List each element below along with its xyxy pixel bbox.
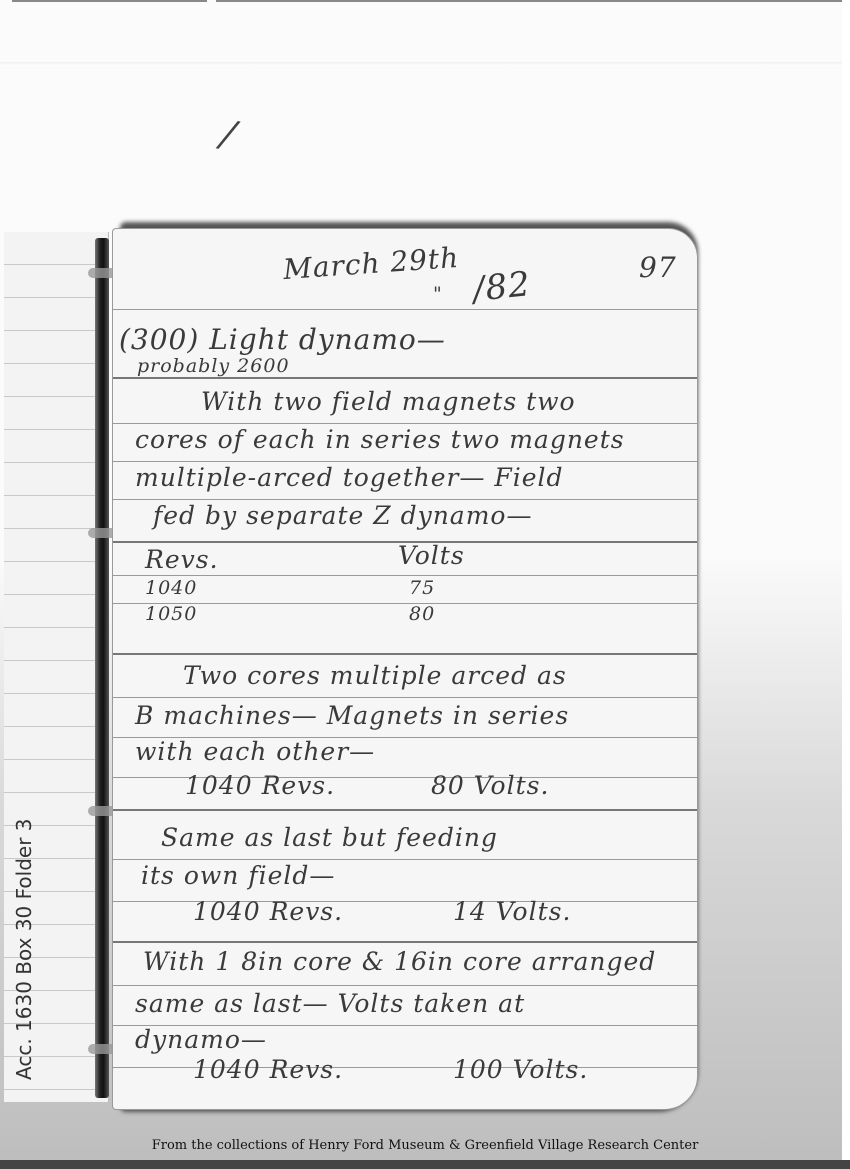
entry-text-line: Same as last but feeding [161, 823, 498, 852]
entry-text-line: multiple-arced together— Field [135, 463, 564, 492]
reading-revs: 1040 Revs. [193, 1055, 343, 1084]
date: March 29th [282, 241, 460, 286]
notebook-page: March 29th " /82 97 (300) Light dynamo— … [112, 228, 698, 1110]
archive-label: Acc. 1630 Box 30 Folder 3 [12, 818, 36, 1080]
notebook-binding [95, 238, 109, 1098]
entry-heading: (300) Light dynamo— [119, 323, 446, 356]
table-header-revs: Revs. [145, 545, 219, 574]
table-header-volts: Volts [398, 541, 465, 570]
entry-text-line: B machines— Magnets in series [135, 701, 569, 730]
scan-top-edge [12, 0, 207, 2]
entry-text-line: fed by separate Z dynamo— [153, 501, 532, 530]
entry-text-line: same as last— Volts taken at [135, 989, 525, 1018]
entry-text-line: With two field magnets two [201, 387, 576, 416]
scan-band [0, 62, 850, 66]
collection-credit: From the collections of Henry Ford Museu… [0, 1138, 850, 1153]
reading-revs: 1040 Revs. [185, 771, 335, 800]
scan-top-edge [216, 0, 850, 2]
entry-text-line: With 1 8in core & 16in core arranged [143, 947, 656, 976]
stray-pencil-mark: / [218, 111, 240, 157]
entry-heading-note: probably 2600 [137, 355, 290, 377]
table-cell-volts: 80 [409, 603, 435, 625]
table-cell-volts: 75 [409, 577, 435, 599]
reading-volts: 80 Volts. [431, 771, 549, 800]
entry-text-line: Two cores multiple arced as [183, 661, 567, 690]
date-ditto: " [433, 283, 443, 305]
scan-bottom-edge [0, 1160, 850, 1169]
entry-text-line: with each other— [135, 737, 375, 766]
entry-text-line: dynamo— [135, 1025, 267, 1054]
table-cell-revs: 1050 [145, 603, 197, 625]
entry-text-line: cores of each in series two magnets [135, 425, 625, 454]
reading-volts: 14 Volts. [453, 897, 571, 926]
page-number: 97 [639, 251, 677, 284]
reading-volts: 100 Volts. [453, 1055, 588, 1084]
entry-text-line: its own field— [141, 861, 335, 890]
reading-revs: 1040 Revs. [193, 897, 343, 926]
date-year: /82 [471, 264, 533, 310]
table-cell-revs: 1040 [145, 577, 197, 599]
scan-right-edge [842, 0, 850, 1169]
